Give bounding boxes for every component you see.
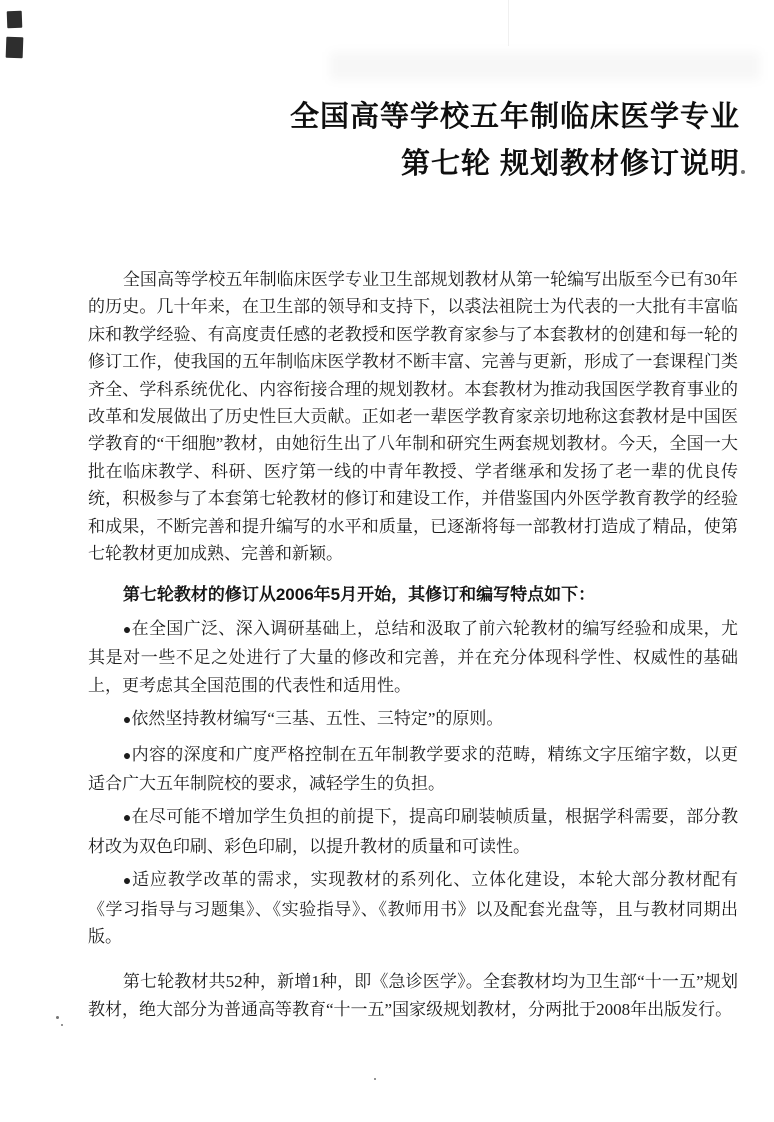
document-title-line2: 第七轮 规划教材修订说明 [0,141,740,188]
closing-paragraph: 第七轮教材共52种，新增1种，即《急诊医学》。全套教材均为卫生部“十一五”规划教… [88,968,738,1023]
document-title-line1: 全国高等学校五年制临床医学专业 [0,94,740,141]
document-page: 全国高等学校五年制临床医学专业 第七轮 规划教材修订说明 全国高等学校五年制临床… [0,0,774,1122]
scan-artifact-speck [56,1016,59,1019]
bullet-item: ●内容的深度和广度严格控制在五年制教学要求的范畴，精练文字压缩字数，以更适合广大… [88,741,738,798]
bullet-icon: ● [123,811,132,826]
bullet-text: 内容的深度和广度严格控制在五年制教学要求的范畴，精练文字压缩字数，以更适合广大五… [88,745,738,793]
document-body: 全国高等学校五年制临床医学专业卫生部规划教材从第一轮编写出版至今已有30年的历史… [88,266,738,1023]
scan-artifact-corner-mark [7,11,23,29]
bullet-item: ●适应教学改革的需求，实现教材的系列化、立体化建设，本轮大部分教材配有《学习指导… [88,866,738,950]
bullet-text: 依然坚持教材编写“三基、五性、三特定”的原则。 [131,709,503,728]
revision-heading: 第七轮教材的修订从2006年5月开始，其修订和编写特点如下： [88,581,738,608]
bullet-text: 在尽可能不增加学生负担的前提下，提高印刷装帧质量，根据学科需要，部分教材改为双色… [88,807,738,855]
scan-artifact-line [508,0,509,46]
bullet-item: ●在尽可能不增加学生负担的前提下，提高印刷装帧质量，根据学科需要，部分教材改为双… [88,803,738,860]
scan-artifact-showthrough [330,52,760,80]
scan-artifact-speck [741,170,745,174]
bullet-text: 适应教学改革的需求，实现教材的系列化、立体化建设，本轮大部分教材配有《学习指导与… [88,870,738,946]
bullet-text: 在全国广泛、深入调研基础上，总结和汲取了前六轮教材的编写经验和成果，尤其是对一些… [88,619,738,695]
bullet-item: ●依然坚持教材编写“三基、五性、三特定”的原则。 [88,705,738,734]
bullet-item: ●在全国广泛、深入调研基础上，总结和汲取了前六轮教材的编写经验和成果，尤其是对一… [88,615,738,699]
document-title: 全国高等学校五年制临床医学专业 第七轮 规划教材修订说明 [0,94,740,188]
scan-artifact-speck [61,1024,63,1026]
bullet-icon: ● [123,623,132,638]
intro-paragraph: 全国高等学校五年制临床医学专业卫生部规划教材从第一轮编写出版至今已有30年的历史… [88,266,738,567]
bullet-icon: ● [123,874,132,889]
scan-artifact-corner-mark [6,37,24,59]
bullet-icon: ● [123,749,132,764]
scan-artifact-speck [374,1078,376,1080]
